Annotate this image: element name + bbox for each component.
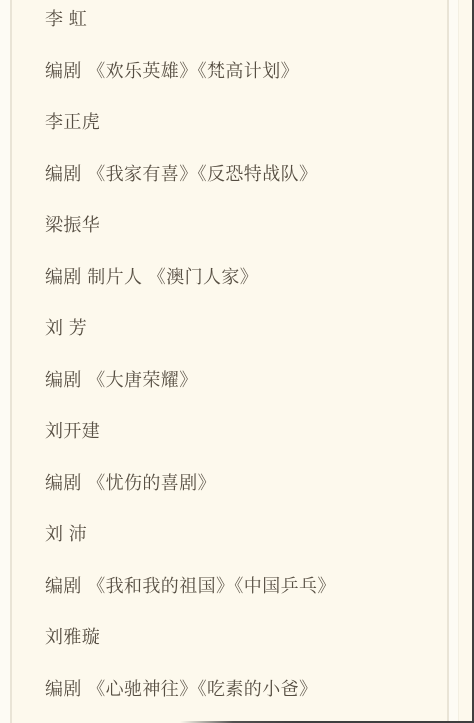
credit-entry: 刘 沛 编剧 《我和我的祖国》《中国乒乓》 bbox=[45, 519, 446, 601]
person-name: 李正虎 bbox=[45, 107, 446, 137]
credit-entry: 李正虎 编剧 《我家有喜》《反恐特战队》 bbox=[45, 107, 446, 189]
person-credit: 编剧 《大唐荣耀》 bbox=[45, 365, 446, 395]
person-credit: 编剧 《心驰神往》《吃素的小爸》 bbox=[45, 674, 446, 704]
left-edge-strip bbox=[0, 0, 12, 723]
person-name: 李 虹 bbox=[45, 4, 446, 34]
person-name: 梁振华 bbox=[45, 210, 446, 240]
person-credit: 编剧 《欢乐英雄》《梵高计划》 bbox=[45, 56, 446, 86]
person-name: 刘开建 bbox=[45, 416, 446, 446]
person-credit: 编剧 制片人 《澳门人家》 bbox=[45, 262, 446, 292]
person-name: 刘雅璇 bbox=[45, 622, 446, 652]
credit-entry: 刘雅璇 编剧 《心驰神往》《吃素的小爸》 bbox=[45, 622, 446, 704]
credit-entry: 刘开建 编剧 《忧伤的喜剧》 bbox=[45, 416, 446, 498]
person-credit: 编剧 《忧伤的喜剧》 bbox=[45, 468, 446, 498]
person-name: 刘 沛 bbox=[45, 519, 446, 549]
person-credit: 编剧 《我和我的祖国》《中国乒乓》 bbox=[45, 571, 446, 601]
right-edge-strip bbox=[447, 0, 459, 723]
credit-entry: 梁振华 编剧 制片人 《澳门人家》 bbox=[45, 210, 446, 292]
person-credit: 编剧 《我家有喜》《反恐特战队》 bbox=[45, 159, 446, 189]
person-name: 刘 芳 bbox=[45, 313, 446, 343]
credit-entry: 李 虹 编剧 《欢乐英雄》《梵高计划》 bbox=[45, 4, 446, 86]
credits-list: 李 虹 编剧 《欢乐英雄》《梵高计划》 李正虎 编剧 《我家有喜》《反恐特战队》… bbox=[45, 4, 446, 723]
credit-entry: 刘 芳 编剧 《大唐荣耀》 bbox=[45, 313, 446, 395]
article-page: { "page": { "background_color": "#fdf9ed… bbox=[0, 0, 474, 723]
